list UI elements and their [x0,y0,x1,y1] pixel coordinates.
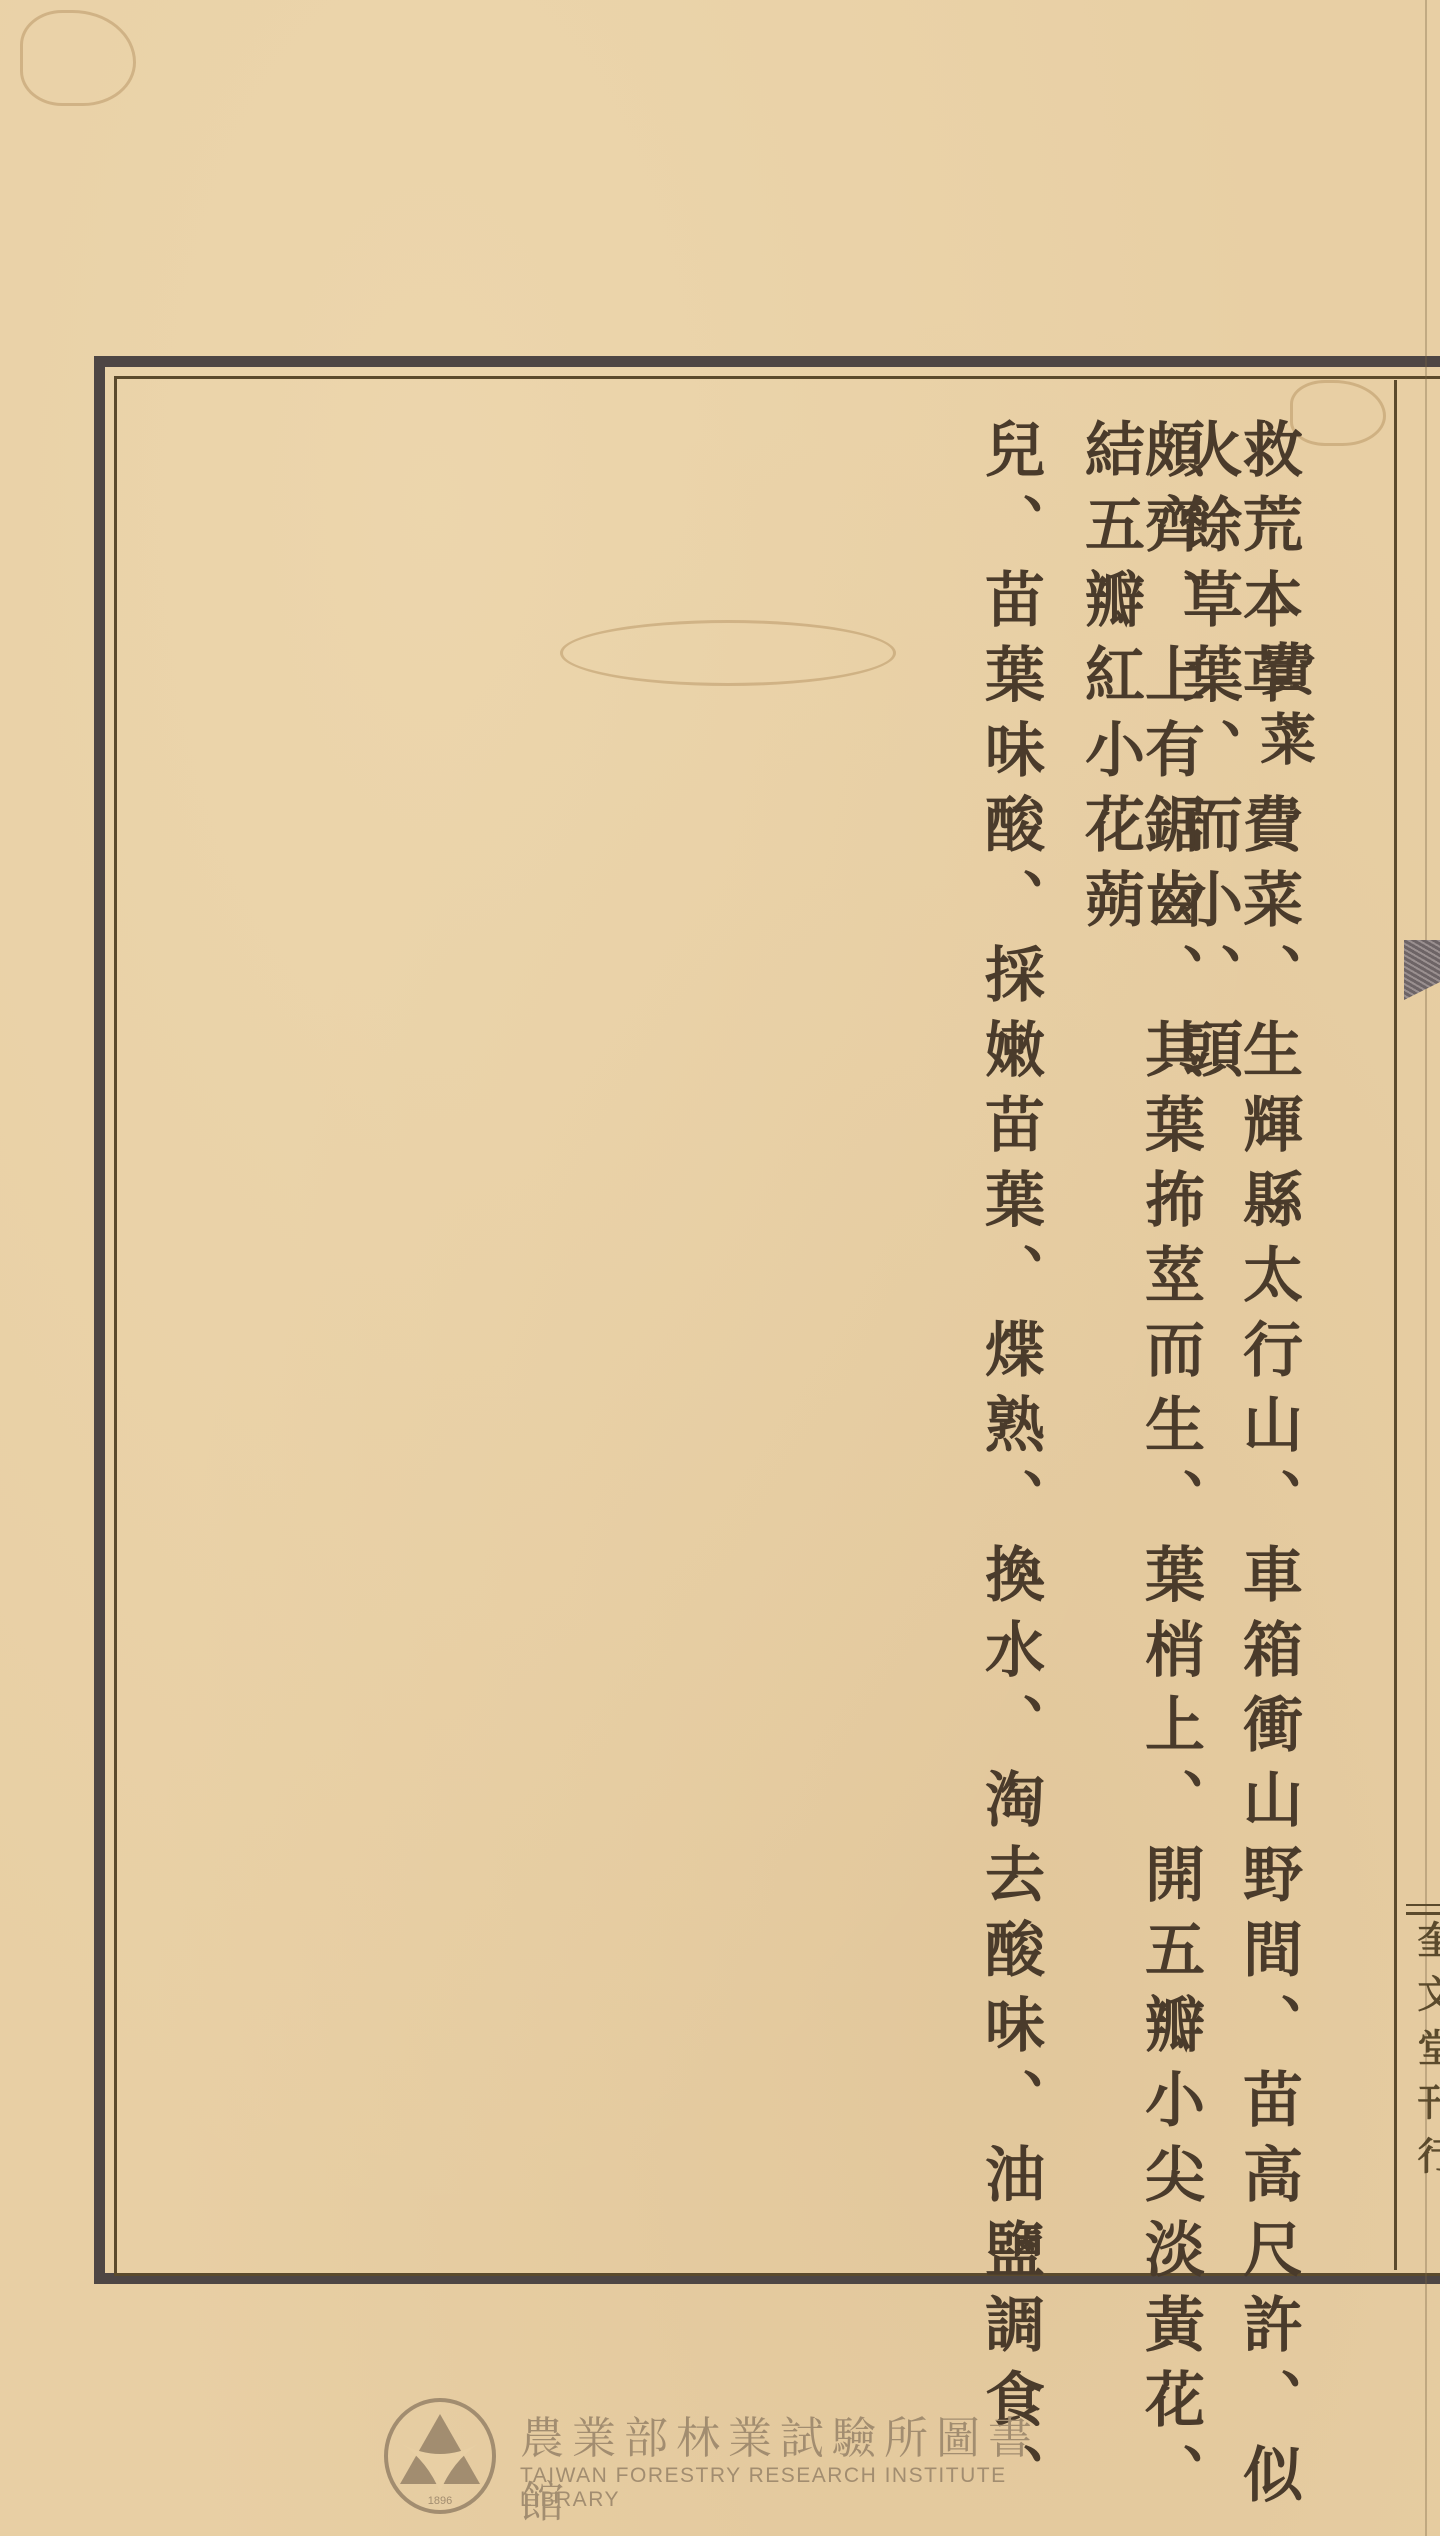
center-fold-line [1394,380,1397,2270]
library-name-english: TAIWAN FORESTRY RESEARCH INSTITUTE LIBRA… [520,2464,1080,2512]
library-watermark: 1896 農業部林業試驗所圖書館 TAIWAN FORESTRY RESEARC… [380,2392,1080,2522]
margin-rule [1406,1912,1440,1915]
text-column-2: 頗齊、上有鋸齒、其葉抪莖而生、葉梢上、開五瓣小尖淡黃花、結五瓣紅小花蒴 [1080,418,1200,2536]
publisher-margin-text: 奎文堂刊行 [1406,1920,1440,2190]
institute-logo-icon: 1896 [380,2392,500,2517]
text-column-3: 兒、苗葉味酸、採嫩苗葉、煠熟、換水、淘去酸味、油鹽調食、 [980,418,1040,2518]
svg-text:1896: 1896 [428,2495,452,2507]
paper-stain [20,10,136,106]
scanned-page: 費菜 救荒本草、費菜、生輝縣太行山、車箱衝山野間、苗高尺許、似火餘草葉、而小、頭… [0,0,1440,2536]
margin-rule [1406,1904,1440,1906]
